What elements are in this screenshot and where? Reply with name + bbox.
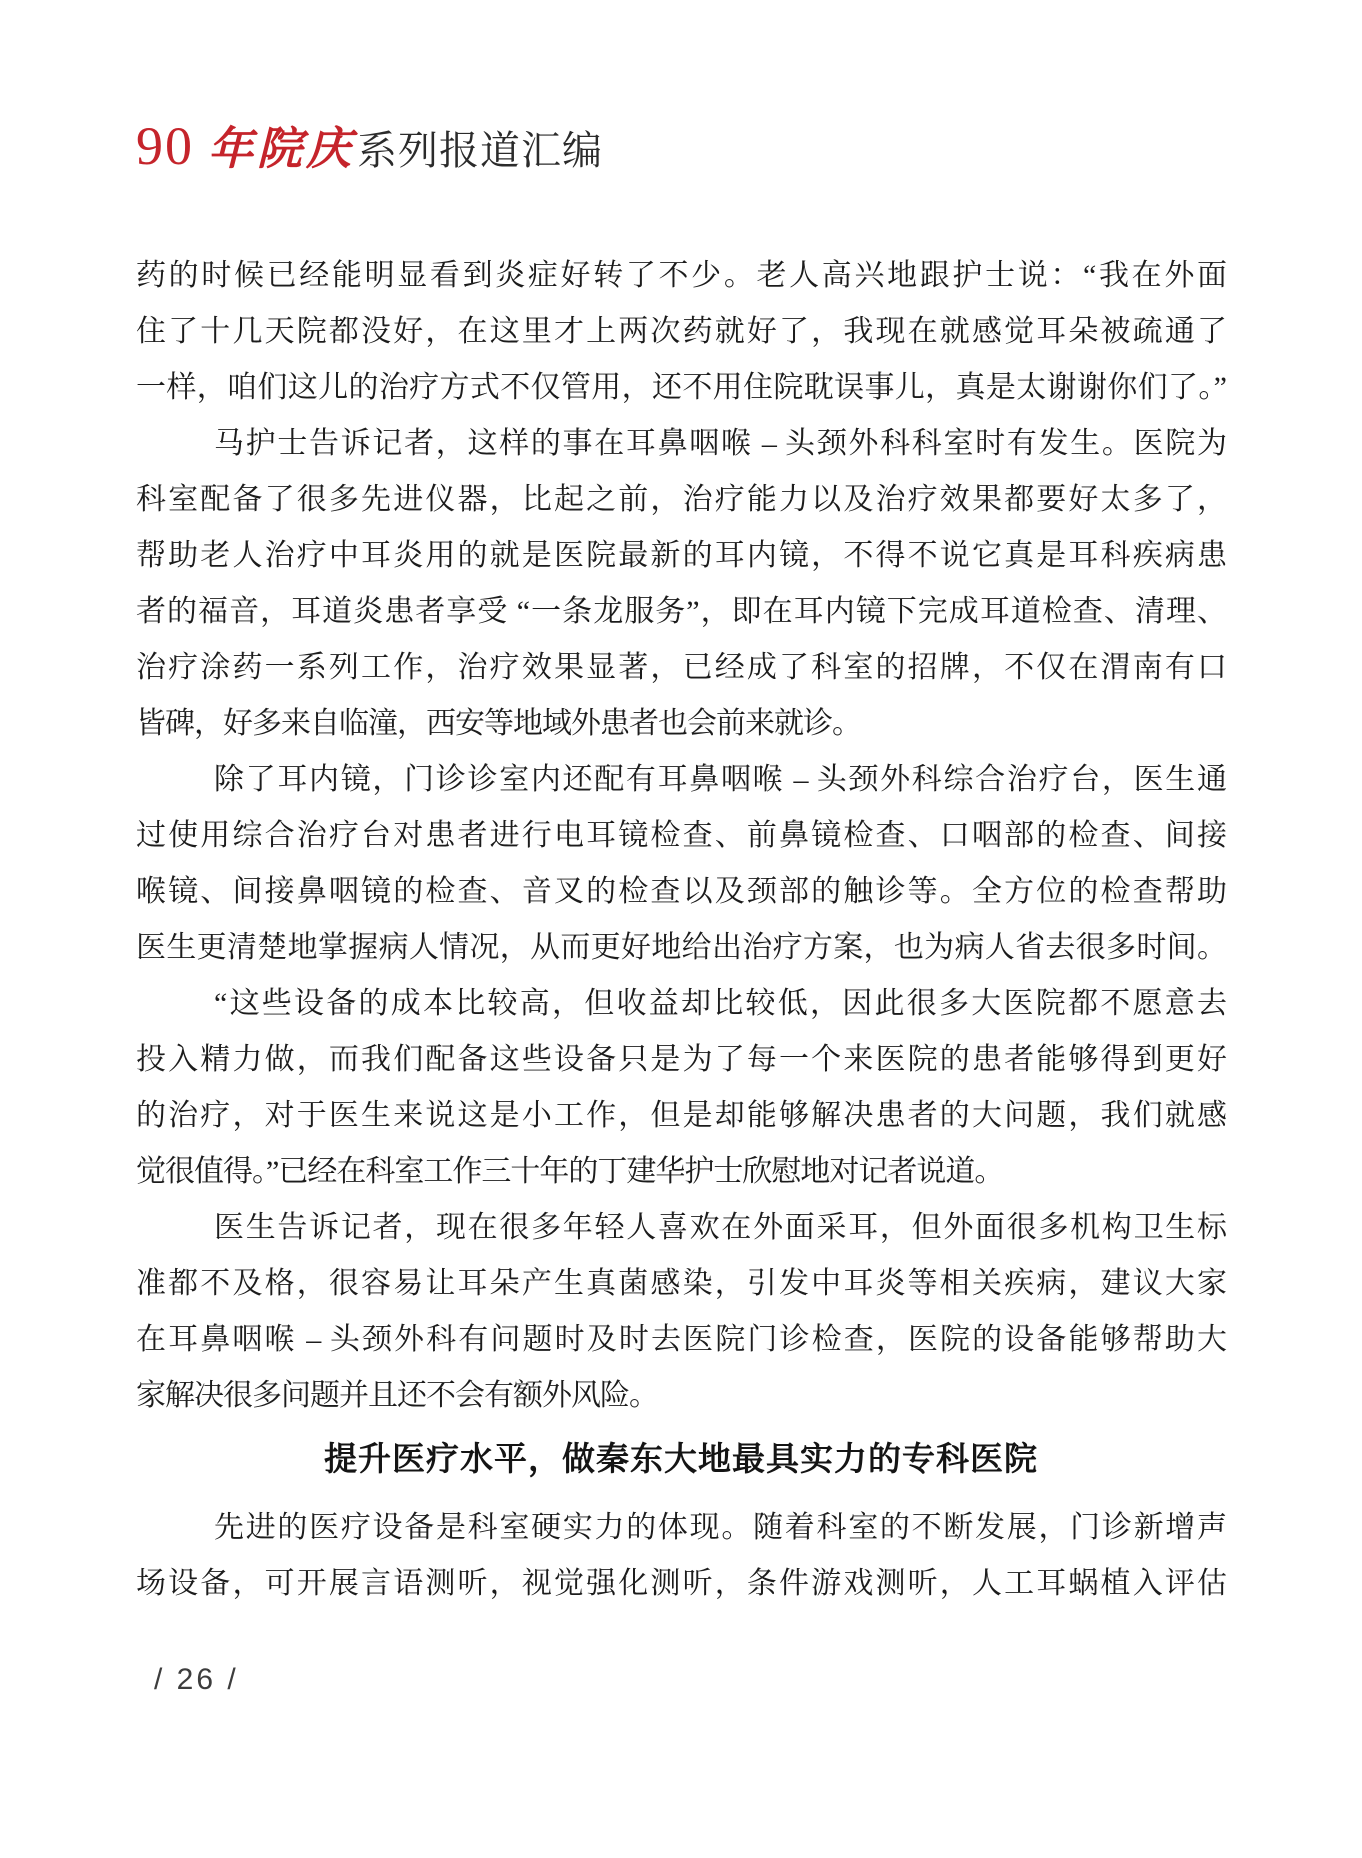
body-text-line: 过使用综合治疗台对患者进行电耳镜检查、前鼻镜检查、口咽部的检查、间接 [136, 808, 1226, 864]
body-text-line: 住了十几天院都没好，在这里才上两次药就好了，我现在就感觉耳朵被疏通了 [136, 304, 1226, 360]
body-text-line: 马护士告诉记者，这样的事在耳鼻咽喉 – 头颈外科科室时有发生。医院为 [136, 416, 1226, 472]
body-text-line: 治疗涂药一系列工作，治疗效果显著，已经成了科室的招牌，不仅在渭南有口 [136, 640, 1226, 696]
body-text-line: 场设备，可开展言语测听，视觉强化测听，条件游戏测听，人工耳蜗植入评估 [136, 1556, 1226, 1612]
body-text-line: 一样，咱们这儿的治疗方式不仅管用，还不用住院耽误事儿，真是太谢谢你们了。” [136, 360, 1226, 416]
page-number: / 26 / [154, 1660, 239, 1700]
body-text-line: 者的福音，耳道炎患者享受 “一条龙服务”，即在耳内镜下完成耳道检查、清理、 [136, 584, 1226, 640]
body-text-line: 家解决很多问题并且还不会有额外风险。 [136, 1368, 1226, 1424]
body-text-line: 医生更清楚地掌握病人情况，从而更好地给出治疗方案，也为病人省去很多时间。 [136, 920, 1226, 976]
body-text-line: 帮助老人治疗中耳炎用的就是医院最新的耳内镜，不得不说它真是耳科疾病患 [136, 528, 1226, 584]
header-calligraphy-title: 年院庆 [208, 121, 355, 177]
document-page: 90 年院庆 系列报道汇编 药的时候已经能明显看到炎症好转了不少。老人高兴地跟护… [0, 0, 1362, 1858]
body-text-line: “这些设备的成本比较高，但收益却比较低，因此很多大医院都不愿意去 [136, 976, 1226, 1032]
header-year-number: 90 [136, 118, 194, 174]
body-text-line: 除了耳内镜，门诊诊室内还配有耳鼻咽喉 – 头颈外科综合治疗台，医生通 [136, 752, 1226, 808]
section-heading: 提升医疗水平，做秦东大地最具实力的专科医院 [136, 1432, 1226, 1488]
page-header: 90 年院庆 系列报道汇编 [136, 118, 603, 179]
article-body: 药的时候已经能明显看到炎症好转了不少。老人高兴地跟护士说：“我在外面住了十几天院… [136, 248, 1226, 1612]
body-text-line: 医生告诉记者，现在很多年轻人喜欢在外面采耳，但外面很多机构卫生标 [136, 1200, 1226, 1256]
body-text-line: 科室配备了很多先进仪器，比起之前，治疗能力以及治疗效果都要好太多了， [136, 472, 1226, 528]
body-text-line: 的治疗，对于医生来说这是小工作，但是却能够解决患者的大问题，我们就感 [136, 1088, 1226, 1144]
body-text-line: 喉镜、间接鼻咽镜的检查、音叉的检查以及颈部的触诊等。全方位的检查帮助 [136, 864, 1226, 920]
body-text-line: 投入精力做，而我们配备这些设备只是为了每一个来医院的患者能够得到更好 [136, 1032, 1226, 1088]
body-text-line: 药的时候已经能明显看到炎症好转了不少。老人高兴地跟护士说：“我在外面 [136, 248, 1226, 304]
body-text-line: 皆碑，好多来自临潼，西安等地域外患者也会前来就诊。 [136, 696, 1226, 752]
body-text-line: 准都不及格，很容易让耳朵产生真菌感染，引发中耳炎等相关疾病，建议大家 [136, 1256, 1226, 1312]
body-text-line: 在耳鼻咽喉 – 头颈外科有问题时及时去医院门诊检查，医院的设备能够帮助大 [136, 1312, 1226, 1368]
header-series-subtitle: 系列报道汇编 [357, 123, 603, 179]
body-text-line: 觉很值得。”已经在科室工作三十年的丁建华护士欣慰地对记者说道。 [136, 1144, 1226, 1200]
body-text-line: 先进的医疗设备是科室硬实力的体现。随着科室的不断发展，门诊新增声 [136, 1500, 1226, 1556]
